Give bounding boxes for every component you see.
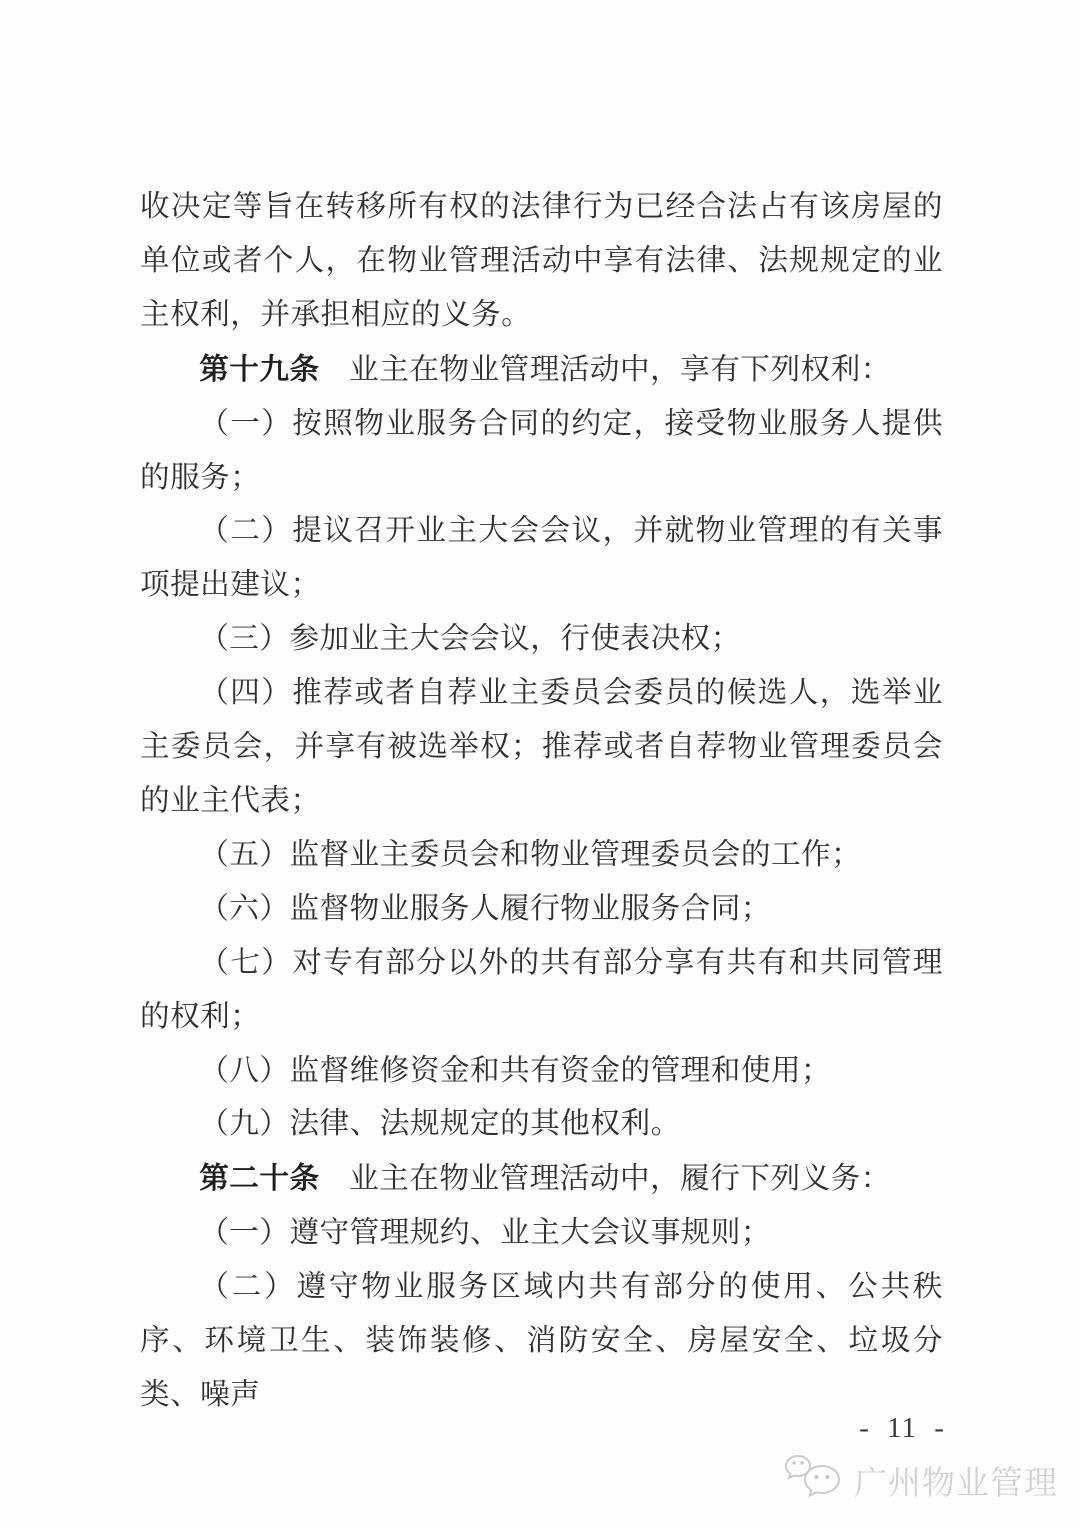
article-20-heading-paragraph: 第二十条业主在物业管理活动中，履行下列义务： [140, 1152, 943, 1207]
paragraph-text: （一）遵守管理规约、业主大会议事规则； [199, 1217, 771, 1249]
article-20-number: 第二十条 [199, 1162, 319, 1195]
article-19-item-3: （三）参加业主大会会议，行使表决权； [140, 613, 943, 667]
article-20-item-1: （一）遵守管理规约、业主大会议事规则； [140, 1207, 943, 1261]
page-number: - 11 - [852, 1412, 952, 1445]
paragraph-text: （九）法律、法规规定的其他权利。 [199, 1108, 681, 1140]
paragraph-text: （三）参加业主大会会议，行使表决权； [199, 623, 741, 655]
article-19-heading-paragraph: 第十九条业主在物业管理活动中，享有下列权利： [140, 343, 943, 398]
article-19-item-5: （五）监督业主委员会和物业管理委员会的工作； [140, 829, 943, 883]
paragraph-text: （五）监督业主委员会和物业管理委员会的工作； [199, 839, 861, 871]
article-19-item-4: （四）推荐或者自荐业主委员会委员的候选人，选举业主委员会，并享有被选举权；推荐或… [140, 667, 943, 829]
paragraph-text: （七）对专有部分以外的共有部分享有共有和共同管理的权利； [140, 947, 943, 1033]
paragraph-text: （六）监督物业服务人履行物业服务合同； [199, 893, 771, 925]
paragraph-text: 收决定等旨在转移所有权的法律行为已经合法占有该房屋的单位或者个人，在物业管理活动… [140, 191, 943, 331]
watermark-label: 广州物业管理 [854, 1457, 1058, 1504]
paragraph-text: （四）推荐或者自荐业主委员会委员的候选人，选举业主委员会，并享有被选举权；推荐或… [140, 677, 943, 817]
document-body: 收决定等旨在转移所有权的法律行为已经合法占有该房屋的单位或者个人，在物业管理活动… [140, 181, 943, 1423]
wechat-icon [784, 1452, 846, 1508]
paragraph-text: （八）监督维修资金和共有资金的管理和使用； [199, 1055, 831, 1087]
paragraph-text: 业主在物业管理活动中，享有下列权利： [349, 354, 891, 386]
article-19-item-6: （六）监督物业服务人履行物业服务合同； [140, 883, 943, 937]
paragraph-text: （一）按照物业服务合同的约定，接受物业服务人提供的服务； [140, 408, 943, 494]
article-19-item-8: （八）监督维修资金和共有资金的管理和使用； [140, 1045, 943, 1099]
article-19-item-1: （一）按照物业服务合同的约定，接受物业服务人提供的服务； [140, 398, 943, 506]
article-20-item-2: （二）遵守物业服务区域内共有部分的使用、公共秩序、环境卫生、装饰装修、消防安全、… [140, 1261, 943, 1423]
watermark: 广州物业管理 [784, 1452, 1058, 1508]
article-19-number: 第十九条 [199, 353, 319, 386]
article-19-item-2: （二）提议召开业主大会会议，并就物业管理的有关事项提出建议； [140, 505, 943, 613]
article-19-item-9: （九）法律、法规规定的其他权利。 [140, 1098, 943, 1152]
paragraph-text: 业主在物业管理活动中，履行下列义务： [349, 1163, 891, 1195]
paragraph-continuation: 收决定等旨在转移所有权的法律行为已经合法占有该房屋的单位或者个人，在物业管理活动… [140, 181, 943, 343]
article-19-item-7: （七）对专有部分以外的共有部分享有共有和共同管理的权利； [140, 937, 943, 1045]
paragraph-text: （二）提议召开业主大会会议，并就物业管理的有关事项提出建议； [140, 515, 943, 601]
document-page: 收决定等旨在转移所有权的法律行为已经合法占有该房屋的单位或者个人，在物业管理活动… [0, 0, 1080, 1527]
paragraph-text: （二）遵守物业服务区域内共有部分的使用、公共秩序、环境卫生、装饰装修、消防安全、… [140, 1271, 943, 1411]
